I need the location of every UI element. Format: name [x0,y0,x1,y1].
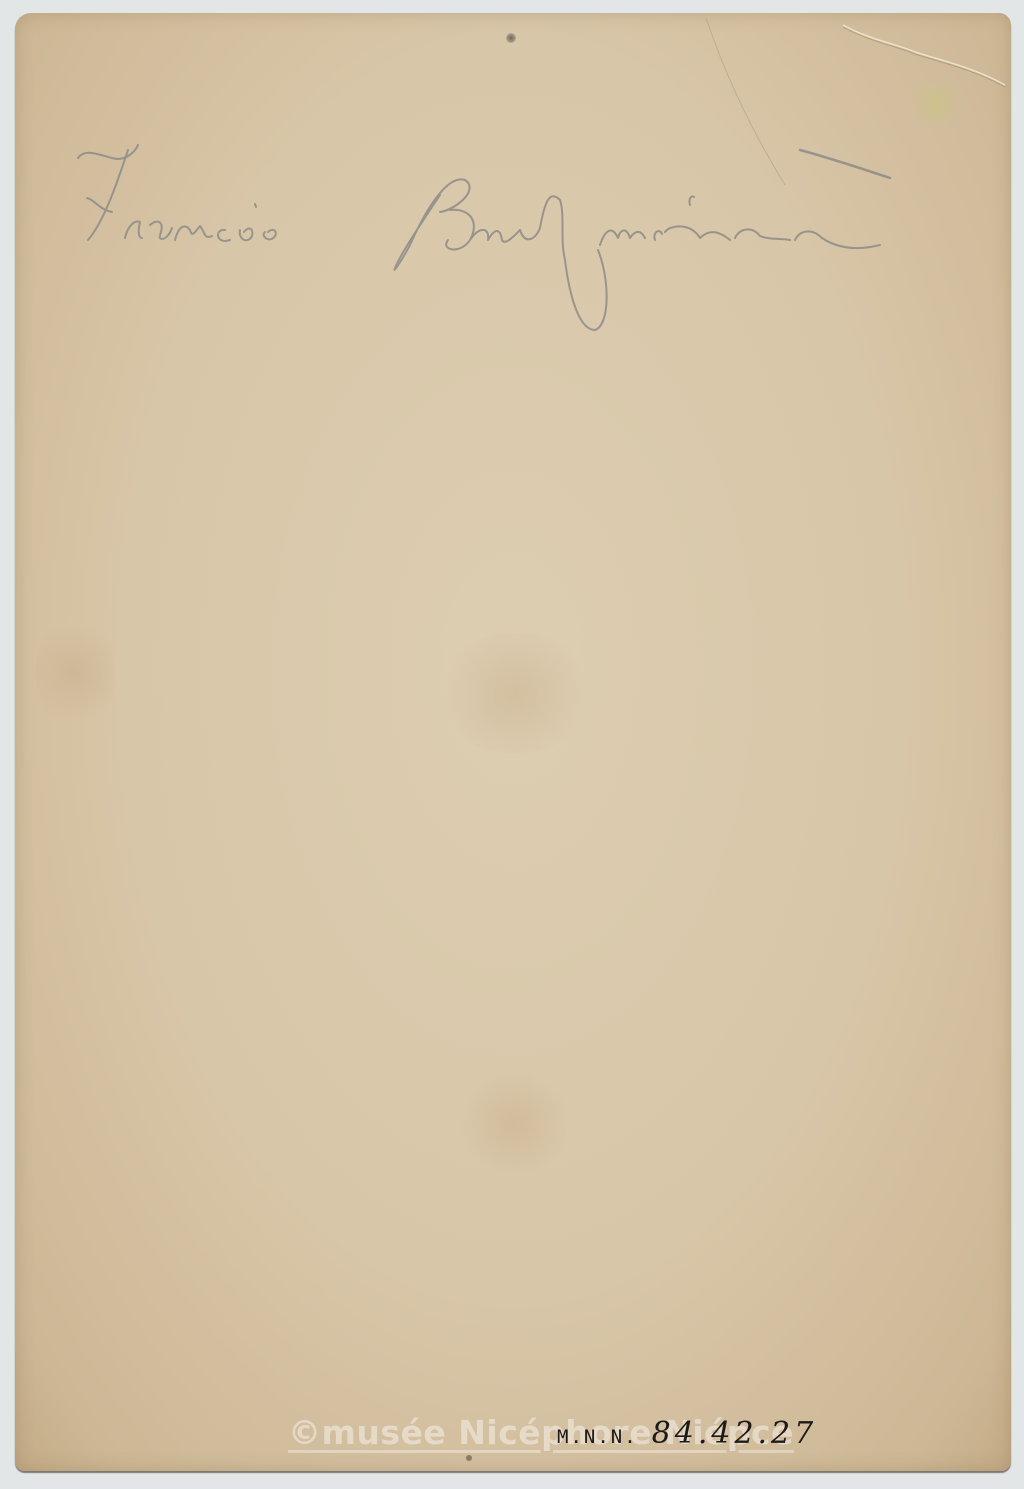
stain [435,633,595,753]
discoloration-spot [905,83,965,123]
pinhole-icon [466,1455,472,1461]
pinhole-icon [506,33,516,43]
photo-card-verso [15,13,1011,1471]
stain [455,1073,575,1173]
stain [35,613,115,733]
inventory-prefix: M.N.N. [557,1426,638,1448]
inventory-code: 84.42.27 [652,1416,818,1451]
inventory-number: M.N.N. 84.42.27 [557,1416,817,1451]
